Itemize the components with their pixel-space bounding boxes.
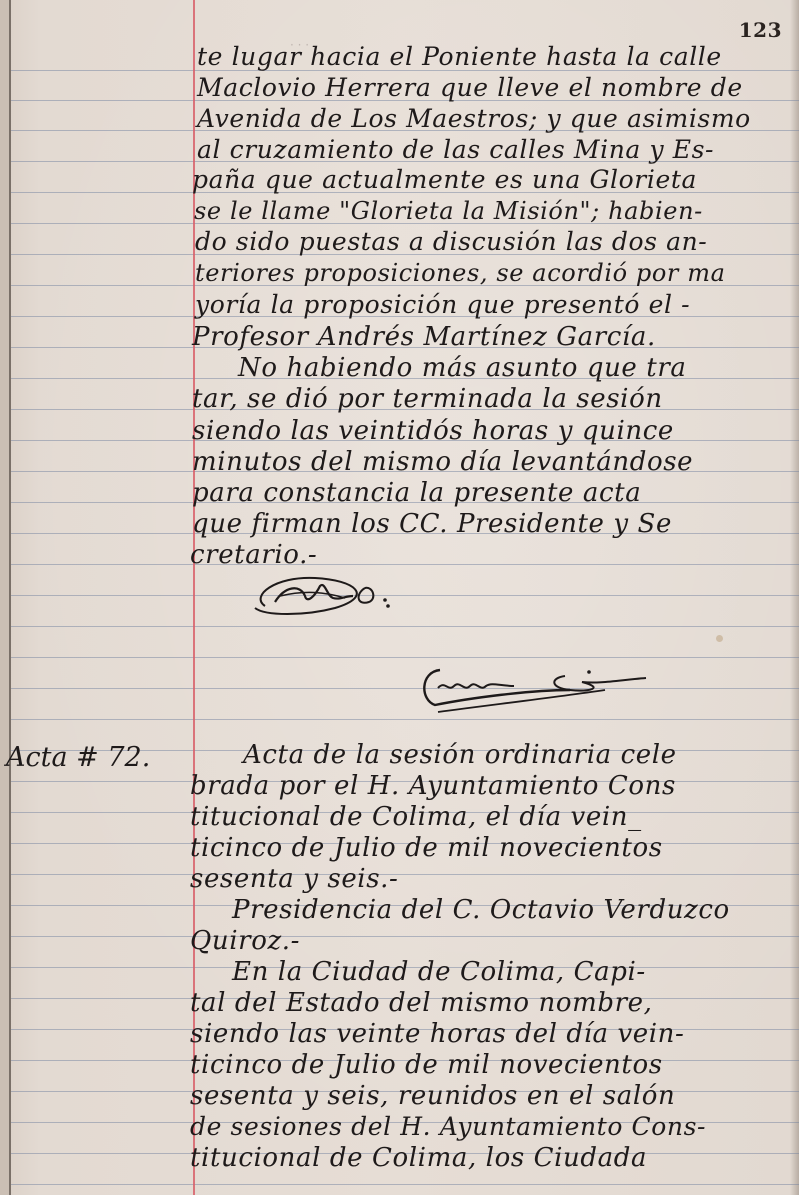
paper-stain xyxy=(716,635,723,642)
ledger-page: · · · 123 te lugar hacia el Poniente has… xyxy=(0,0,799,1195)
text-line: te lugar hacia el Poniente hasta la call… xyxy=(197,42,722,72)
text-line: titucional de Colima, el día vein_ xyxy=(190,802,642,832)
text-line: se le llame "Glorieta la Misión"; habien… xyxy=(194,196,703,226)
text-line: do sido puestas a discusión las dos an- xyxy=(195,227,707,257)
text-line: Profesor Andrés Martínez García. xyxy=(192,322,656,352)
text-line: para constancia la presente acta xyxy=(192,478,641,508)
text-line: yoría la proposición que presentó el - xyxy=(195,290,690,320)
underlying-page-strip xyxy=(0,0,9,1195)
text-line: paña que actualmente es una Glorieta xyxy=(192,165,697,195)
text-line: sesenta y seis.- xyxy=(190,864,398,894)
text-line: ticinco de Julio de mil novecientos xyxy=(190,833,663,863)
text-line: tal del Estado del mismo nombre, xyxy=(190,988,652,1018)
text-line: que firman los CC. Presidente y Se xyxy=(192,509,672,539)
text-line: tar, se dió por terminada la sesión xyxy=(192,384,663,414)
text-line: siendo las veintidós horas y quince xyxy=(192,416,674,446)
president-signature xyxy=(245,566,445,630)
text-line: Avenida de Los Maestros; y que asimismo xyxy=(197,104,751,134)
text-line: titucional de Colima, los Ciudada xyxy=(190,1143,647,1173)
text-line: de sesiones del H. Ayuntamiento Cons- xyxy=(190,1112,706,1142)
text-line: sesenta y seis, reunidos en el salón xyxy=(190,1081,675,1111)
text-line: siendo las veinte horas del día vein- xyxy=(190,1019,684,1049)
text-line: No habiendo más asunto que tra xyxy=(238,353,686,383)
text-line: al cruzamiento de las calles Mina y Es- xyxy=(197,135,714,165)
text-line: minutos del mismo día levantándose xyxy=(192,447,693,477)
text-line: En la Ciudad de Colima, Capi- xyxy=(232,957,646,987)
text-line: teriores proposiciones, se acordió por m… xyxy=(195,258,725,288)
text-line: Quiroz.- xyxy=(190,926,300,956)
page-edge xyxy=(9,0,11,1195)
text-line: Presidencia del C. Octavio Verduzco xyxy=(232,895,730,925)
acta-number-label: Acta # 72. xyxy=(6,742,150,773)
text-line: ticinco de Julio de mil novecientos xyxy=(190,1050,663,1080)
secretary-signature xyxy=(390,650,660,724)
text-line: brada por el H. Ayuntamiento Cons xyxy=(190,771,676,801)
text-line: Acta de la sesión ordinaria cele xyxy=(243,740,677,770)
text-line: Maclovio Herrera que lleve el nombre de xyxy=(197,73,743,103)
page-number: 123 xyxy=(739,18,782,42)
